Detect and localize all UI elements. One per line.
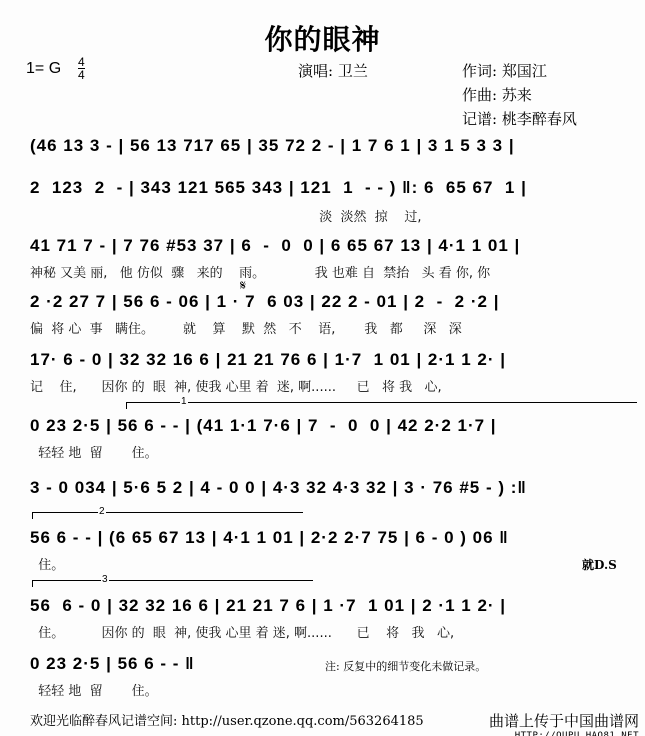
song-title: 你的眼神 (0, 18, 645, 58)
watermark-url: HTTP://QUPU.HAO81.NET (489, 731, 639, 736)
lyrics-line: 轻轻 地 留 住。 (30, 680, 158, 699)
watermark-title: 曲谱上传于中国曲谱网 (489, 710, 639, 731)
watermark: 曲谱上传于中国曲谱网 HTTP://QUPU.HAO81.NET (489, 710, 639, 736)
lyrics-line: 偏 将 心 事 瞒住。 就 算 默 然 不 语, 我 都 深 深 (30, 318, 462, 337)
notation-line: 2 123 2 - | 343 121 565 343 | 121 1 - - … (30, 178, 527, 198)
notation-line: 2 ·2 27 7 | 56 6 - 06 | 1 · 7 6 03 | 22 … (30, 292, 499, 312)
notation-line: 3 - 0 034 | 5·6 5 2 | 4 - 0 0 | 4·3 32 4… (30, 478, 527, 498)
time-signature: 4 4 (78, 56, 85, 81)
ds-marker: 就D.S (582, 556, 617, 573)
key-signature: 1= G (26, 60, 61, 78)
volta-label-2: 2 (98, 506, 106, 517)
notation-line: 0 23 2·5 | 56 6 - - | (41 1·1 7·6 | 7 - … (30, 416, 497, 436)
lyrics-line: 淡 淡然 掠 过, (30, 206, 421, 225)
lyrics-line: 神秘 又美 丽, 他 仿似 骤 来的 雨。 我 也难 自 禁抬 头 看 你, 你 (30, 262, 490, 281)
notation-line: 56 6 - 0 | 32 32 16 6 | 21 21 7 6 | 1 ·7… (30, 596, 506, 616)
volta-bracket-2 (32, 512, 303, 519)
singer-credit: 演唱: 卫兰 (298, 60, 368, 81)
notation-line: (46 13 3 - | 56 13 717 65 | 35 72 2 - | … (30, 136, 515, 156)
transcription-note: 注: 反复中的细节变化未做记录。 (325, 658, 486, 674)
lyricist-credit: 作词: 郑国江 (462, 60, 547, 81)
lyrics-line: 轻轻 地 留 住。 (30, 442, 158, 461)
volta-label-3: 3 (101, 574, 109, 585)
footer-text: 欢迎光临醉春风记谱空间: http://user.qzone.qq.com/56… (30, 710, 424, 729)
time-signature-top: 4 (78, 56, 85, 68)
notation-line: 0 23 2·5 | 56 6 - - ‖ (30, 654, 195, 674)
lyrics-line: 住。 因你 的 眼 神, 使我 心里 着 迷, 啊...... 已 将 我 心, (30, 622, 454, 641)
time-signature-bottom: 4 (78, 69, 85, 81)
volta-label-1: 1 (180, 396, 188, 407)
lyrics-line: 住。 (30, 554, 64, 573)
transcriber-credit: 记谱: 桃李醉春风 (462, 108, 577, 129)
volta-bracket-1 (126, 402, 637, 409)
notation-line: 41 71 7 - | 7 76 #53 37 | 6 - 0 0 | 6 65… (30, 236, 520, 256)
lyrics-line: 记 住, 因你 的 眼 神, 使我 心里 着 迷, 啊...... 已 将 我 … (30, 376, 442, 395)
notation-line: 56 6 - - | (6 65 67 13 | 4·1 1 01 | 2·2 … (30, 528, 509, 548)
composer-credit: 作曲: 苏来 (462, 84, 532, 105)
notation-line: 17· 6 - 0 | 32 32 16 6 | 21 21 76 6 | 1·… (30, 350, 506, 370)
volta-bracket-3 (32, 580, 313, 587)
